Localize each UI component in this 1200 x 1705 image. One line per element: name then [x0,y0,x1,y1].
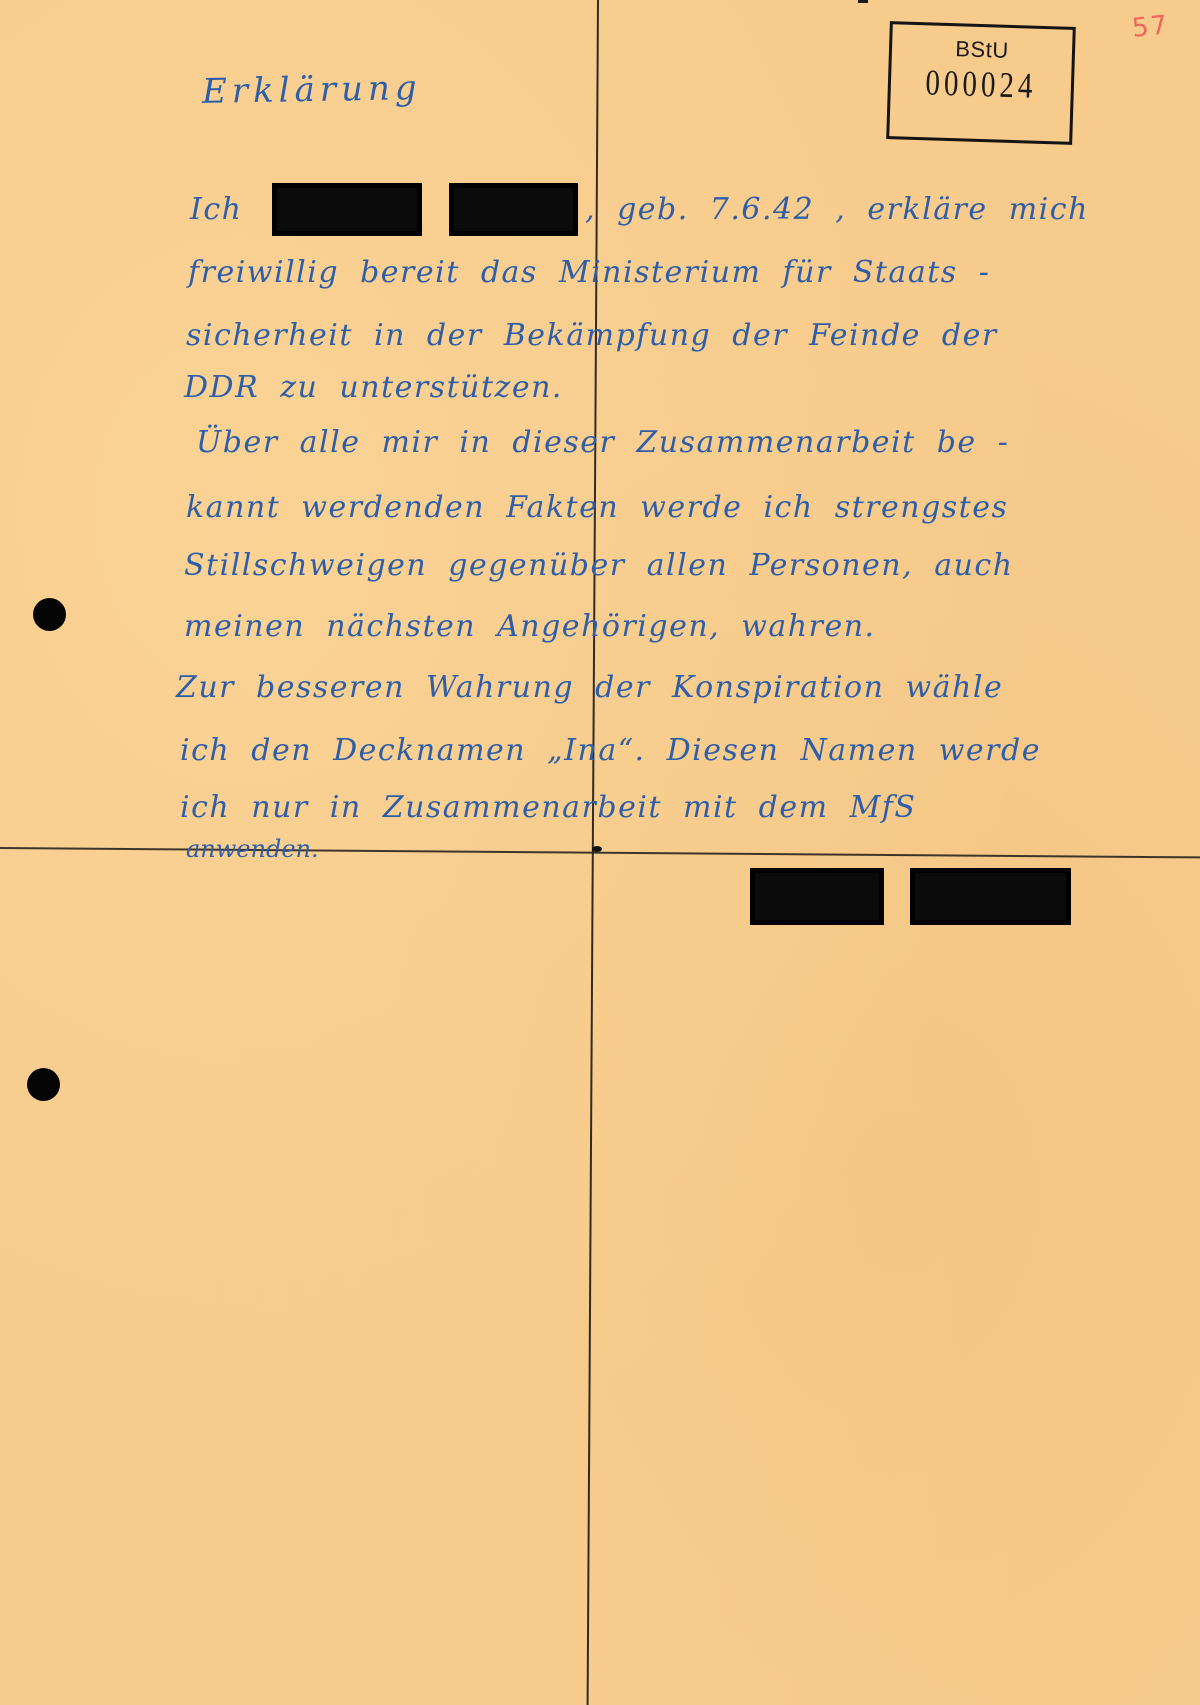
text-line-9: Zur besseren Wahrung der Konspiration wä… [176,670,1003,705]
text-line-1-end: , geb. 7.6.42 , erkläre mich [585,192,1089,227]
redacted-first-name [272,183,422,236]
stamp-organization: BStU [892,34,1073,66]
text-line-4: DDR zu unterstützen. [184,370,563,405]
text-line-12: anwenden. [186,835,319,863]
text-line-3: sicherheit in der Bekämpfung der Feinde … [186,318,998,353]
redacted-signature-first [750,868,884,925]
document-title: Erklärung [202,68,422,112]
text-line-7: Stillschweigen gegenüber allen Personen,… [184,548,1014,583]
text-line-11: ich nur in Zusammenarbeit mit dem MfS [180,790,916,825]
punch-hole-icon [27,1068,60,1101]
text-line-1-start: Ich [190,192,242,227]
text-line-2: freiwillig bereit das Ministerium für St… [188,255,990,290]
text-line-6: kannt werdenden Fakten werde ich strengs… [186,490,1008,525]
text-line-10: ich den Decknamen „Ina“. Diesen Namen we… [180,733,1041,768]
fold-intersection [592,846,602,852]
text-line-8: meinen nächsten Angehörigen, wahren. [184,609,876,644]
folio-number: 57 [1131,10,1171,44]
redacted-signature-last [910,868,1071,925]
document-page: BStU 000024 57 Erklärung Ich , geb. 7.6.… [0,0,1200,1705]
archive-stamp: BStU 000024 [886,21,1076,145]
text-line-5: Über alle mir in dieser Zusammenarbeit b… [196,425,1009,460]
stamp-number: 000024 [890,62,1071,109]
ink-mark [858,0,868,3]
redacted-last-name [449,183,578,236]
punch-hole-icon [33,598,66,631]
